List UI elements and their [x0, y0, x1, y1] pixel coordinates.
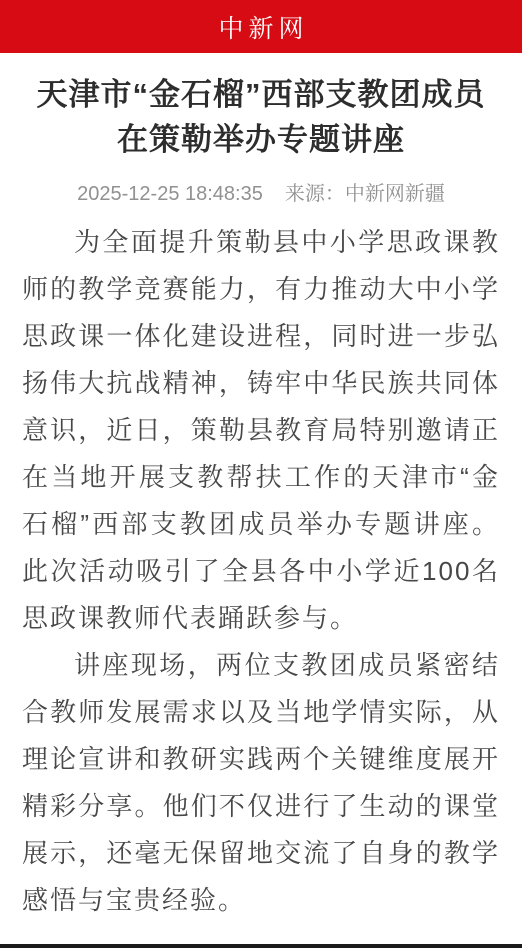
article-title: 天津市“金石榴”西部支教团成员在策勒举办专题讲座 — [22, 72, 500, 162]
header-bar: 中新网 — [0, 0, 522, 53]
article-container: 天津市“金石榴”西部支教团成员在策勒举办专题讲座 2025-12-25 18:4… — [0, 72, 522, 924]
site-name: 中新网 — [213, 9, 308, 45]
article-meta: 2025-12-25 18:48:35来源：中新网新疆 — [22, 177, 500, 206]
news-article-page: 中新网 天津市“金石榴”西部支教团成员在策勒举办专题讲座 2025-12-25 … — [0, 0, 522, 949]
article-paragraph: 为全面提升策勒县中小学思政课教师的教学竞赛能力，有力推动大中小学思政课一体化建设… — [22, 219, 500, 642]
article-source: 来源：中新网新疆 — [285, 183, 445, 205]
bottom-divider-bar — [0, 944, 522, 948]
article-body: 为全面提升策勒县中小学思政课教师的教学竞赛能力，有力推动大中小学思政课一体化建设… — [22, 219, 500, 924]
publish-timestamp: 2025-12-25 18:48:35 — [77, 183, 263, 205]
article-paragraph: 讲座现场，两位支教团成员紧密结合教师发展需求以及当地学情实际，从理论宣讲和教研实… — [22, 642, 500, 924]
